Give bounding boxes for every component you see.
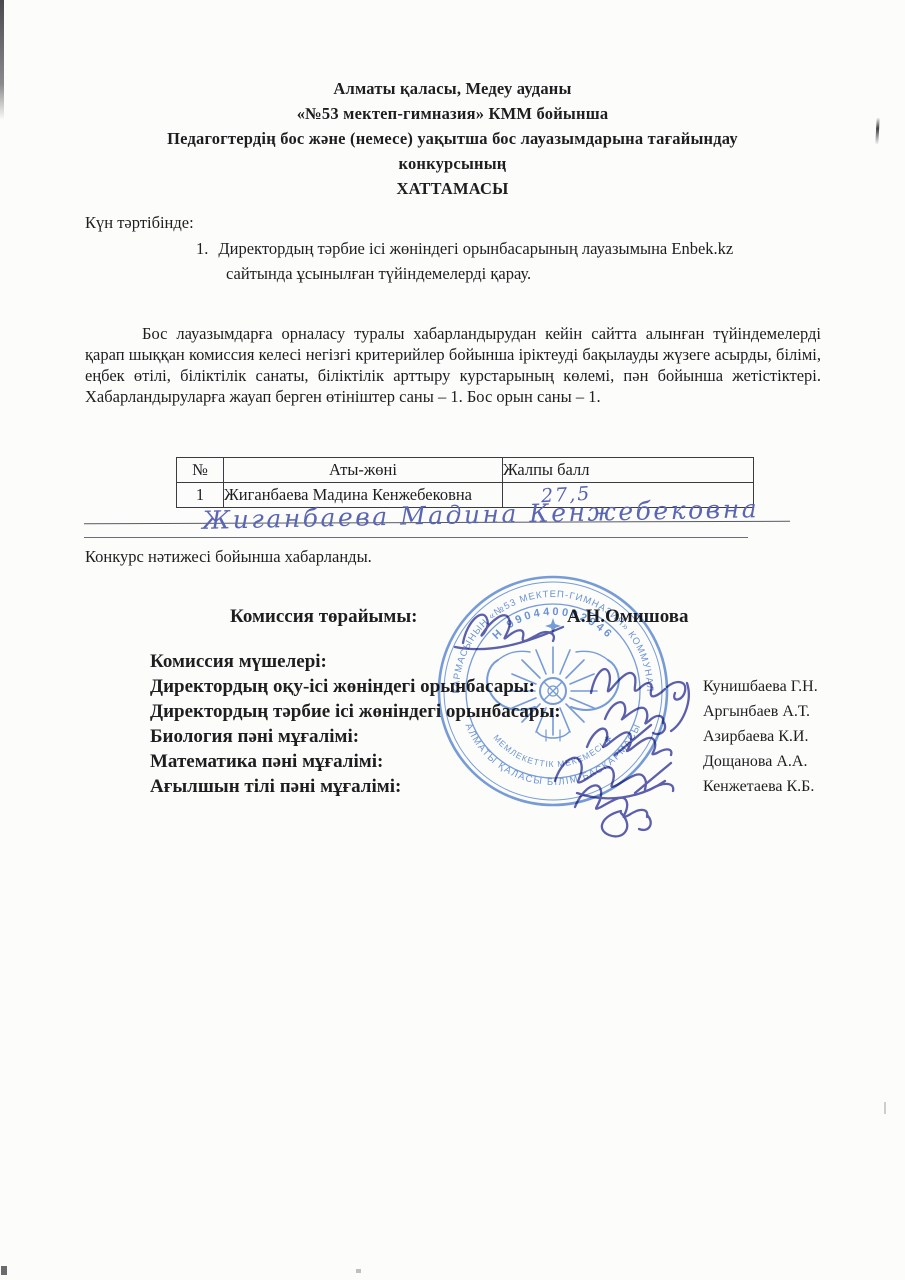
signature-member-1 xyxy=(591,669,689,731)
col-header-number: № xyxy=(177,458,224,483)
agenda-item-number: 1. xyxy=(196,239,208,258)
member-role: Ағылшын тілі пәні мұғалімі: xyxy=(150,776,401,797)
col-header-score: Жалпы балл xyxy=(503,458,754,483)
scan-edge-artifact xyxy=(0,0,4,120)
signature-member-2 xyxy=(605,702,665,734)
title-line-2: «№53 мектеп-гимназия» КММ бойынша xyxy=(85,101,820,126)
handwritten-signatures xyxy=(425,555,725,845)
agenda-item-text: Директордың тәрбие ісі жөніндегі орынбас… xyxy=(218,239,733,258)
agenda-item: 1.Директордың тәрбие ісі жөніндегі орынб… xyxy=(196,239,733,259)
member-role: Биология пәні мұғалімі: xyxy=(150,726,359,747)
scanned-protocol-document: Алматы қаласы, Медеу ауданы «№53 мектеп-… xyxy=(0,0,905,1280)
signature-member-3 xyxy=(587,725,671,755)
scan-artifact-right xyxy=(875,118,879,144)
scan-artifact-bottom xyxy=(356,1269,361,1273)
scan-artifact-bottom-left xyxy=(1,1266,7,1275)
document-title: Алматы қаласы, Медеу ауданы «№53 мектеп-… xyxy=(85,76,820,201)
title-line-5: ХАТТАМАСЫ xyxy=(85,176,820,201)
title-line-4: конкурсының xyxy=(85,151,820,176)
cell-number: 1 xyxy=(177,483,224,508)
agenda-item-continuation: сайтында ұсынылған түйіндемелерді қарау. xyxy=(226,264,531,284)
signature-member-4 xyxy=(555,758,673,799)
title-line-1: Алматы қаласы, Медеу ауданы xyxy=(85,76,820,101)
col-header-name: Аты-жөні xyxy=(224,458,503,483)
signature-chair xyxy=(455,615,563,650)
scan-artifact-right-low xyxy=(884,1102,886,1114)
signature-line-2 xyxy=(84,537,748,538)
agenda-heading: Күн тәртібінде: xyxy=(85,213,194,233)
member-role: Математика пәні мұғалімі: xyxy=(150,751,383,772)
title-line-3: Педагогтердің бос және (немесе) уақытша … xyxy=(85,126,820,151)
body-paragraph: Бос лауазымдарға орналасу туралы хабарла… xyxy=(85,323,821,407)
notice-text: Конкурс нәтижесі бойынша хабарланды. xyxy=(85,547,372,567)
chair-label: Комиссия төрайымы: xyxy=(230,606,418,627)
table-header-row: № Аты-жөні Жалпы балл xyxy=(177,458,754,483)
members-heading: Комиссия мүшелері: xyxy=(150,651,327,673)
